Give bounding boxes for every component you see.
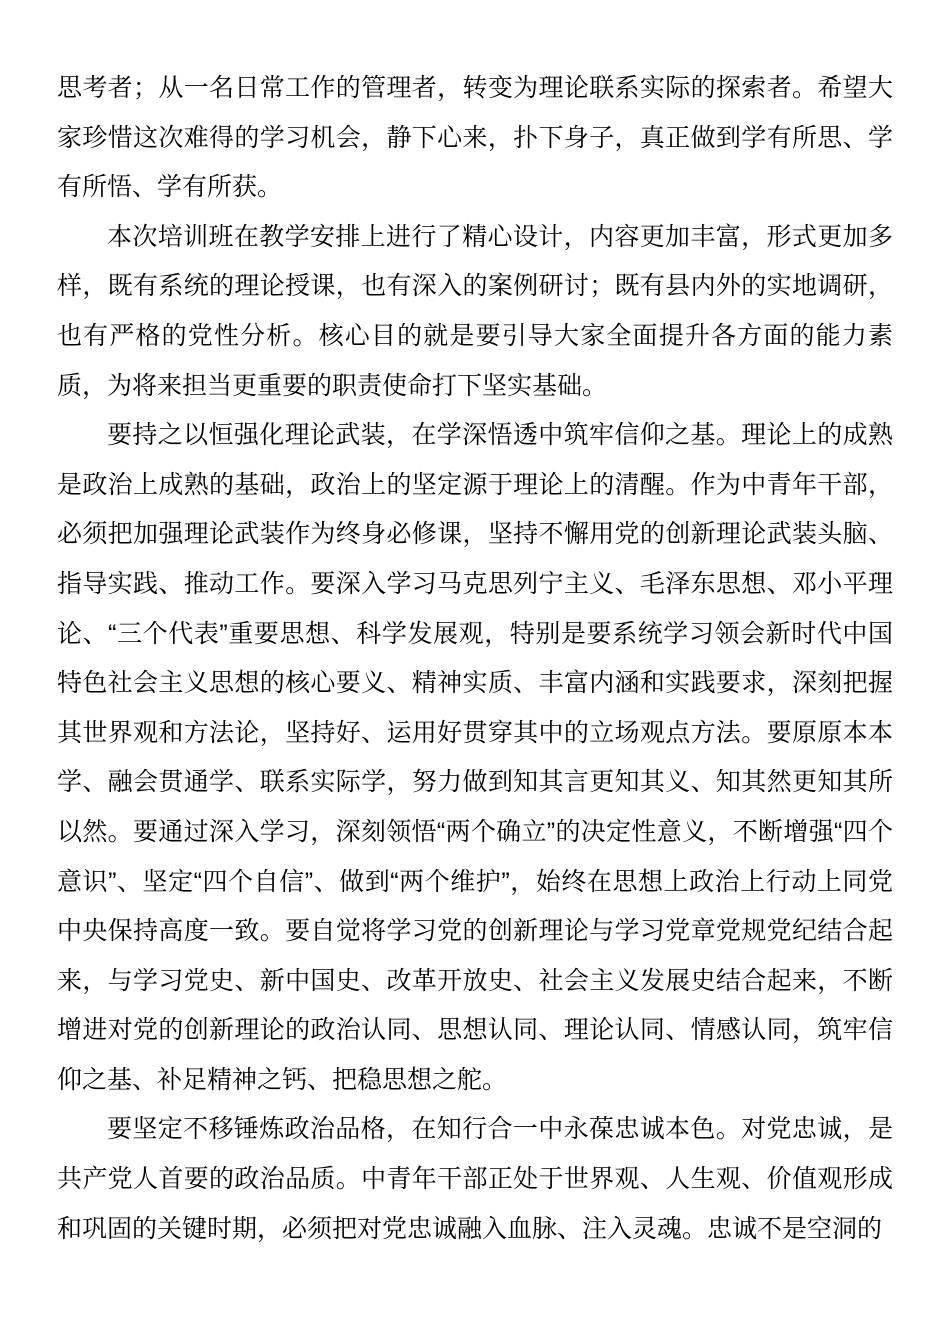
paragraph: 要坚定不移锤炼政治品格，在知行合一中永葆忠诚本色。对党忠诚，是共产党人首要的政治… [57,1105,893,1254]
document-page: 思考者；从一名日常工作的管理者，转变为理论联系实际的探索者。希望大家珍惜这次难得… [0,0,950,1344]
document-body: 思考者；从一名日常工作的管理者，转变为理论联系实际的探索者。希望大家珍惜这次难得… [57,64,893,1254]
paragraph: 要持之以恒强化理论武装，在学深悟透中筑牢信仰之基。理论上的成熟是政治上成熟的基础… [57,411,893,1105]
paragraph: 思考者；从一名日常工作的管理者，转变为理论联系实际的探索者。希望大家珍惜这次难得… [57,64,893,213]
paragraph: 本次培训班在教学安排上进行了精心设计，内容更加丰富，形式更加多样，既有系统的理论… [57,213,893,411]
